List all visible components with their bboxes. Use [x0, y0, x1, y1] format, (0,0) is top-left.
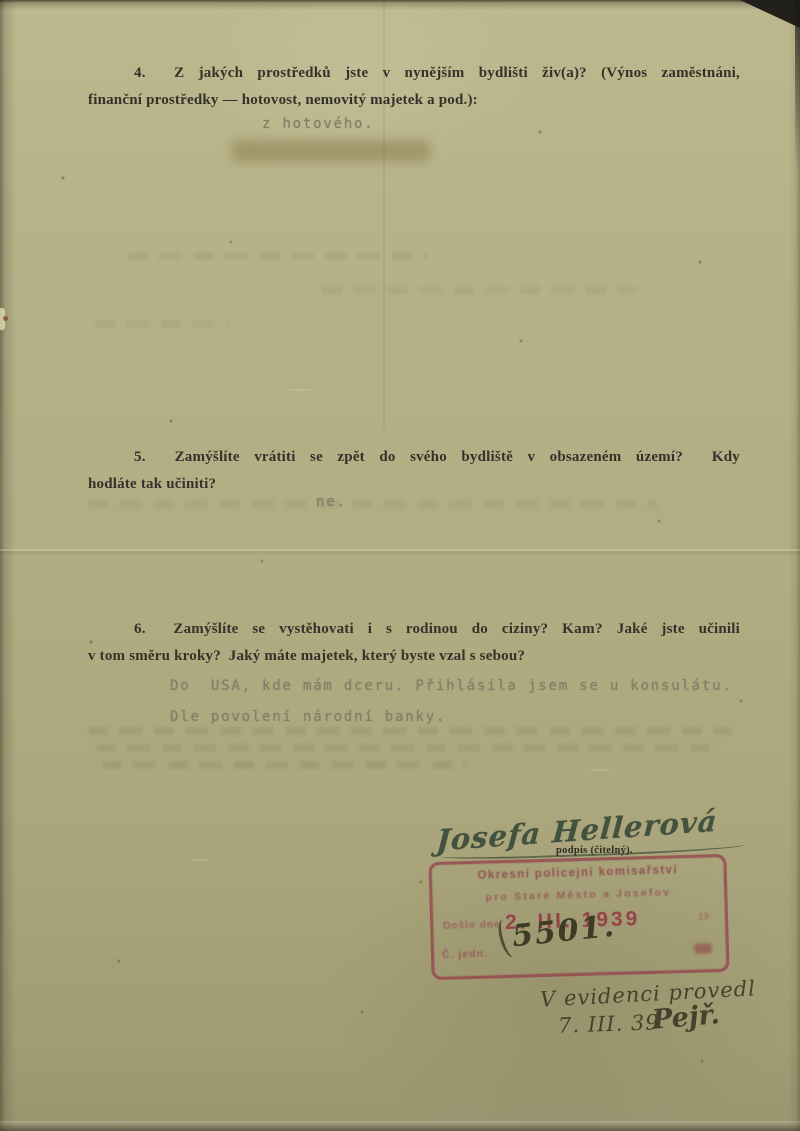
typed-answer-6-line-2: Dle povolení národní banky.	[170, 709, 446, 725]
question-5: 5. Zamýšlíte vrátiti se zpět do svého by…	[88, 444, 740, 498]
question-6-line-1-post: Jaké jste učinili	[603, 621, 740, 637]
bottom-edge-crease	[0, 1121, 800, 1131]
typed-answer-4: z hotového.	[262, 116, 375, 132]
question-4-line-2: finanční prostředky — hotovost, nemovitý…	[88, 87, 740, 114]
question-4: 4. Z jakých prostředků jste v nynějším b…	[88, 60, 740, 114]
bleedthrough-heading	[232, 140, 430, 162]
note-initials: Pejř.	[651, 999, 721, 1036]
question-6: 6. Zamýšlíte se vystěhovati i s rodinou …	[88, 616, 740, 670]
bleedthrough-line	[95, 320, 230, 328]
bleedthrough-line	[128, 252, 428, 260]
typed-answer-6-line-1: Do USA, kde mám dceru. Přihlásila jsem s…	[170, 678, 733, 694]
ink-speck	[3, 316, 8, 321]
stamp-year-suffix: 19	[698, 911, 709, 922]
typed-answer-5: ne.	[316, 494, 347, 510]
bleedthrough-line	[88, 500, 658, 509]
bleedthrough-line	[96, 744, 721, 752]
question-4-line-1: 4. Z jakých prostředků jste v nynějším b…	[88, 60, 740, 87]
horizontal-fold-crease	[0, 549, 800, 551]
bleedthrough-line	[322, 286, 637, 294]
stamp-office-line-1: Okresní policejní komisařství	[432, 863, 724, 883]
signature-caption: podpis (čitelný).	[556, 845, 633, 856]
stamp-ink-blot	[694, 943, 712, 953]
stamp-received-label: Došlo dne	[443, 919, 501, 932]
stamp-office-line-2: pro Staré Město a Josefov	[432, 885, 724, 905]
question-5-line-2: hodláte tak učiniti?	[88, 471, 740, 498]
question-6-line-2: v tom směru kroky? Jaký máte majetek, kt…	[88, 643, 740, 670]
torn-corner-shadow	[740, 0, 800, 28]
question-6-line-1-pre: 6. Zamýšlíte se vystěhovati i s rodinou …	[134, 621, 562, 637]
stamp-ref-label: Č. jedn.	[442, 948, 488, 961]
right-edge-shadow	[795, 0, 800, 170]
question-6-kam-bold: Kam?	[562, 621, 603, 637]
bleedthrough-line	[102, 761, 467, 769]
question-5-line-1: 5. Zamýšlíte vrátiti se zpět do svého by…	[88, 444, 740, 471]
bleedthrough-line	[88, 727, 733, 735]
note-date: 7. III. 39	[558, 1010, 660, 1038]
note-line-1: V evidenci provedl	[540, 976, 757, 1011]
question-6-line-1: 6. Zamýšlíte se vystěhovati i s rodinou …	[88, 616, 740, 643]
scanned-document-page: 4. Z jakých prostředků jste v nynějším b…	[0, 0, 800, 1131]
